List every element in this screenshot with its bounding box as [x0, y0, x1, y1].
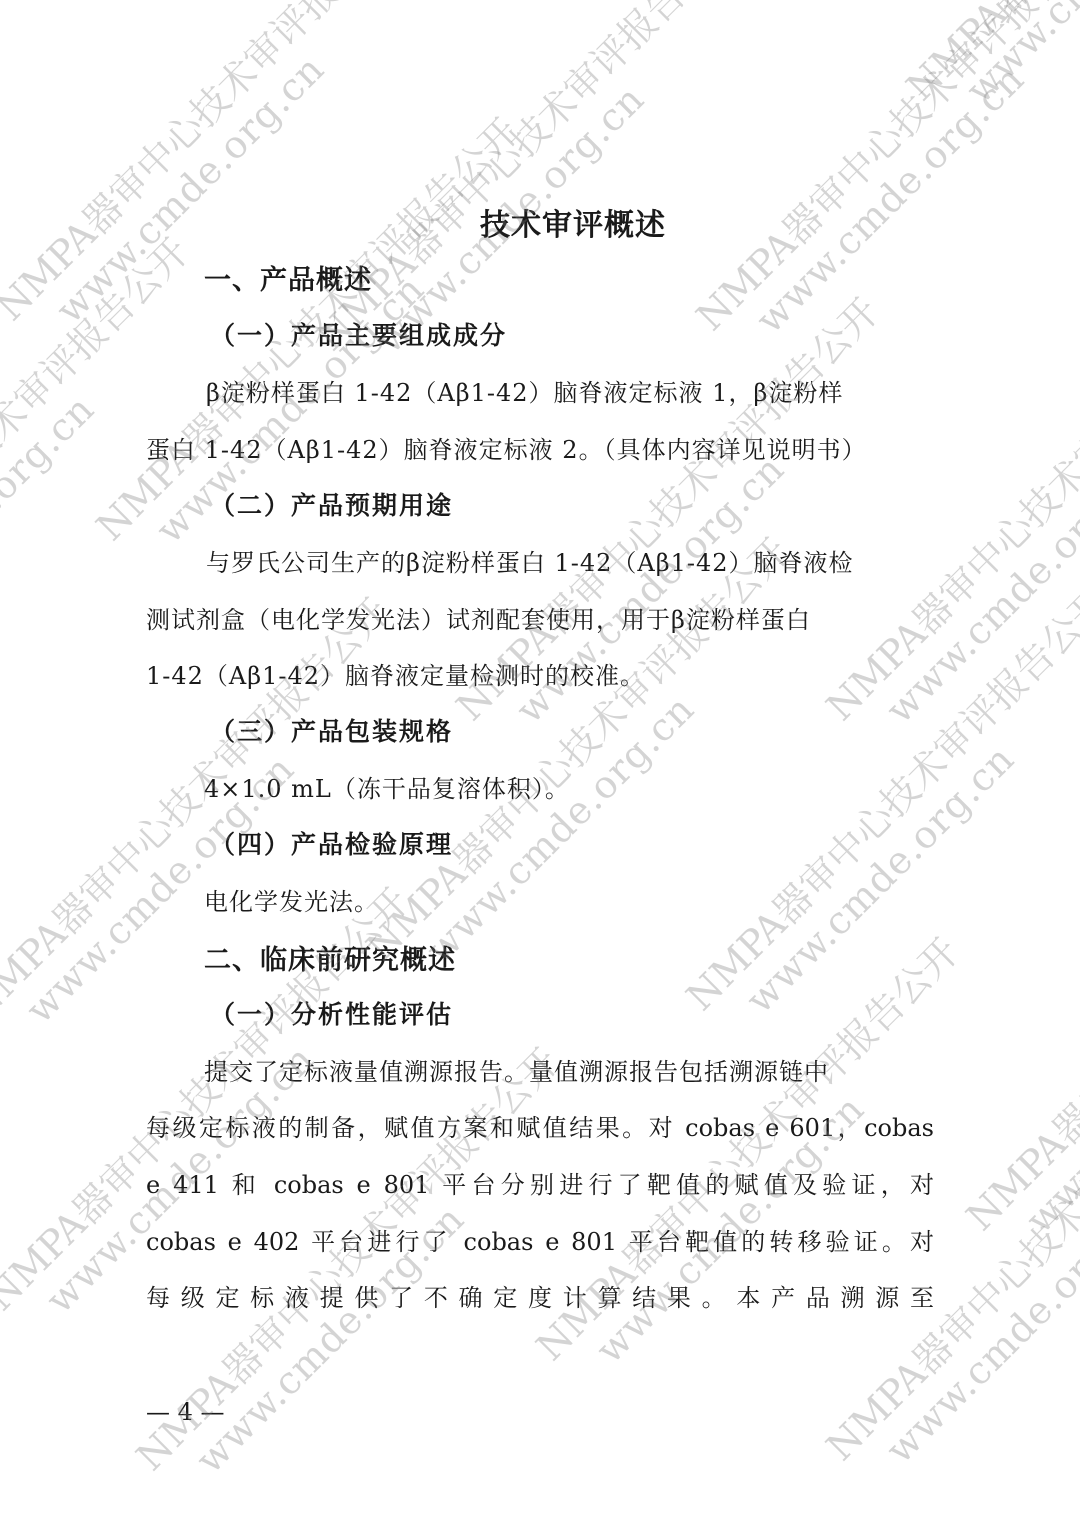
watermark: NMPA器审中心技术审评报告公开www.cmde.org.cn	[820, 1032, 1080, 1498]
subsection-heading-composition: （一）产品主要组成成分	[210, 316, 507, 352]
subsection-heading-principle: （四）产品检验原理	[210, 825, 453, 861]
section-heading-preclinical: 二、临床前研究概述	[204, 938, 456, 977]
paragraph-line: 蛋白 1-42（Aβ1-42）脑脊液定标液 2。（具体内容详见说明书）	[146, 430, 867, 465]
paragraph-line: 与罗氏公司生产的β淀粉样蛋白 1-42（Aβ1-42）脑脊液检	[206, 543, 854, 578]
paragraph-line: 1-42（Aβ1-42）脑脊液定量检测时的校准。	[146, 656, 645, 691]
paragraph-line: 电化学发光法。	[204, 882, 379, 917]
paragraph-line: 每级定标液提供了不确定度计算结果。本产品溯源至	[146, 1278, 934, 1313]
paragraph-line: 每级定标液的制备，赋值方案和赋值结果。对 cobas e 601，cobas	[146, 1108, 934, 1143]
watermark: NMPA器审中心技术审评报告公开www.cmde.org.cn	[820, 292, 1080, 758]
page-title: 技术审评概述	[0, 200, 1080, 244]
subsection-heading-packaging: （三）产品包装规格	[210, 712, 453, 748]
watermark: NMPA器审中心技术审评报告公开www.cmde.org.cn	[900, 0, 1080, 138]
section-heading-product-overview: 一、产品概述	[204, 258, 372, 297]
watermark: NMPA器审中心技术审评报告公开www.cmde.org.cn	[690, 0, 1080, 368]
paragraph-line: 提交了定标液量值溯源报告。量值溯源报告包括溯源链中	[204, 1052, 829, 1087]
watermark: NMPA器审中心技术审评报告公开www.cmde.org.cn	[0, 0, 456, 358]
watermark: NMPA器审中心技术审评报告公开www.cmde.org.cn	[680, 582, 1080, 1048]
watermark: NMPA器审中心技术审评报告公开www.cmde.org.cn	[960, 802, 1080, 1268]
paragraph-line: e 411 和 cobas e 801 平台分别进行了靶值的赋值及验证，对	[146, 1165, 934, 1200]
subsection-heading-analytical-performance: （一）分析性能评估	[210, 995, 453, 1031]
paragraph-line: 测试剂盒（电化学发光法）试剂配套使用，用于β淀粉样蛋白	[146, 600, 811, 635]
document-page: 技术审评概述 一、产品概述 （一）产品主要组成成分 β淀粉样蛋白 1-42（Aβ…	[0, 0, 1080, 1526]
page-number: — 4 —	[146, 1398, 225, 1426]
paragraph-line: β淀粉样蛋白 1-42（Aβ1-42）脑脊液定标液 1，β淀粉样	[206, 373, 843, 408]
paragraph-line: cobas e 402 平台进行了 cobas e 801 平台靶值的转移验证。…	[146, 1222, 934, 1257]
subsection-heading-intended-use: （二）产品预期用途	[210, 486, 453, 522]
paragraph-line: 4×1.0 mL（冻干品复溶体积）。	[204, 769, 570, 804]
